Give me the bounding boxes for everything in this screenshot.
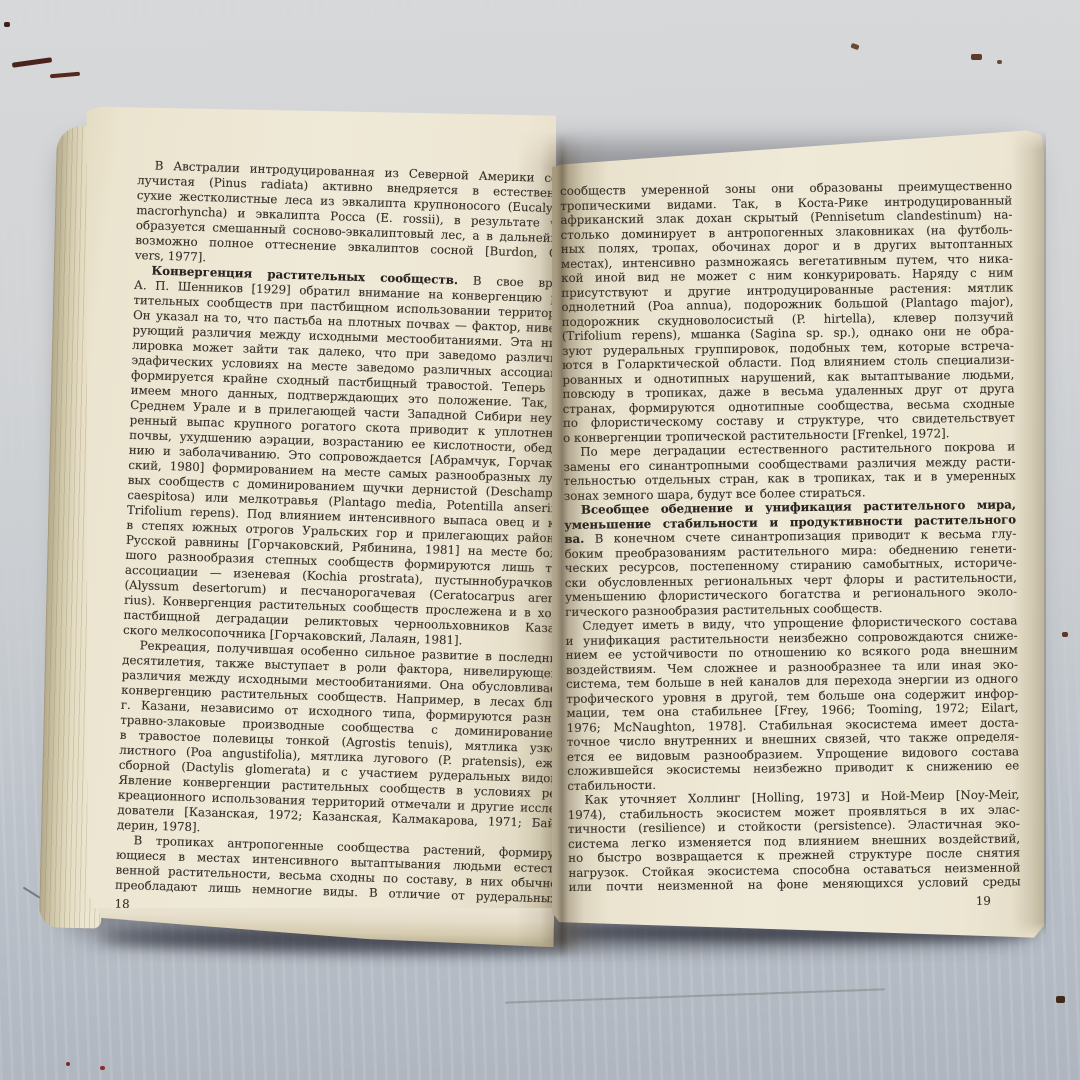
book-gutter-shadow [516,132,608,958]
photo-scene: В Австралии интродуцированная из Северно… [0,0,1080,1080]
book-page-right: сообществ умеренной зоны они образованы … [552,128,1044,940]
page-number-left: 18 [114,897,129,908]
left-page-tilt: В Австралии интродуцированная из Северно… [72,106,556,908]
right-page-edge-shade [1012,130,1046,936]
page-number-right: 19 [569,894,991,913]
open-book: В Австралии интродуцированная из Северно… [0,0,1080,1080]
page-text-right: сообществ умеренной зоны они образованы … [560,178,1021,894]
book-page-left: В Австралии интродуцированная из Северно… [72,106,556,908]
right-page-tilt: сообществ умеренной зоны они образованы … [552,128,1044,940]
page-text-left: В Австралии интродуцированная из Северно… [115,158,556,907]
